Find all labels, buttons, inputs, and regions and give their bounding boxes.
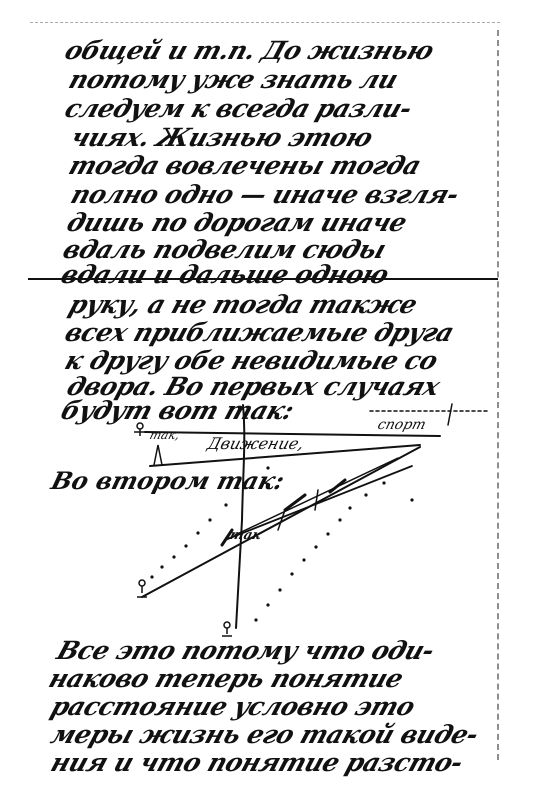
text-line: всех приближаемые друга <box>62 320 457 345</box>
text-line: общей и т.п. До жизнью <box>62 38 437 63</box>
text-line: тогда вовлечены тогда <box>66 153 424 178</box>
text-line: Все это потому что оди- <box>54 638 437 663</box>
diagram-label-top-middle: Движение, <box>205 434 306 453</box>
text-line: расстояние условно это <box>48 694 418 719</box>
text-line: чиях. Жизнью этою <box>68 125 376 150</box>
text-line: меры жизнь его такой виде- <box>48 722 481 747</box>
diagram-label-top-right: спорт <box>376 417 428 433</box>
page-edge-right <box>497 30 499 760</box>
stick-figure-icons <box>134 423 232 636</box>
page-edge-top <box>30 22 500 23</box>
text-line: дишь по дорогам иначе <box>64 210 410 235</box>
text-line: к другу обе невидимые со <box>62 348 441 373</box>
diagram-label-second-case: Во втором так: <box>48 466 288 495</box>
text-line: вдали и дальше одною <box>58 262 392 287</box>
diagram-label-lower-center: так <box>228 528 263 543</box>
horizontal-rule <box>28 278 498 280</box>
text-line: ния и что понятие разсто- <box>48 750 466 775</box>
text-line: руку, а не тогда также <box>66 292 420 317</box>
text-line: следуем к всегда разли- <box>62 96 415 121</box>
diagram-label-top-left: так, <box>148 428 181 442</box>
text-line: полно одно — иначе взгля- <box>68 182 462 207</box>
manuscript-page: общей и т.п. До жизнью потому уже знать … <box>0 0 536 788</box>
text-line: вдаль подвелим сюды <box>60 237 389 262</box>
text-line: потому уже знать ли <box>66 67 401 92</box>
text-line: наково теперь понятие <box>46 666 406 691</box>
